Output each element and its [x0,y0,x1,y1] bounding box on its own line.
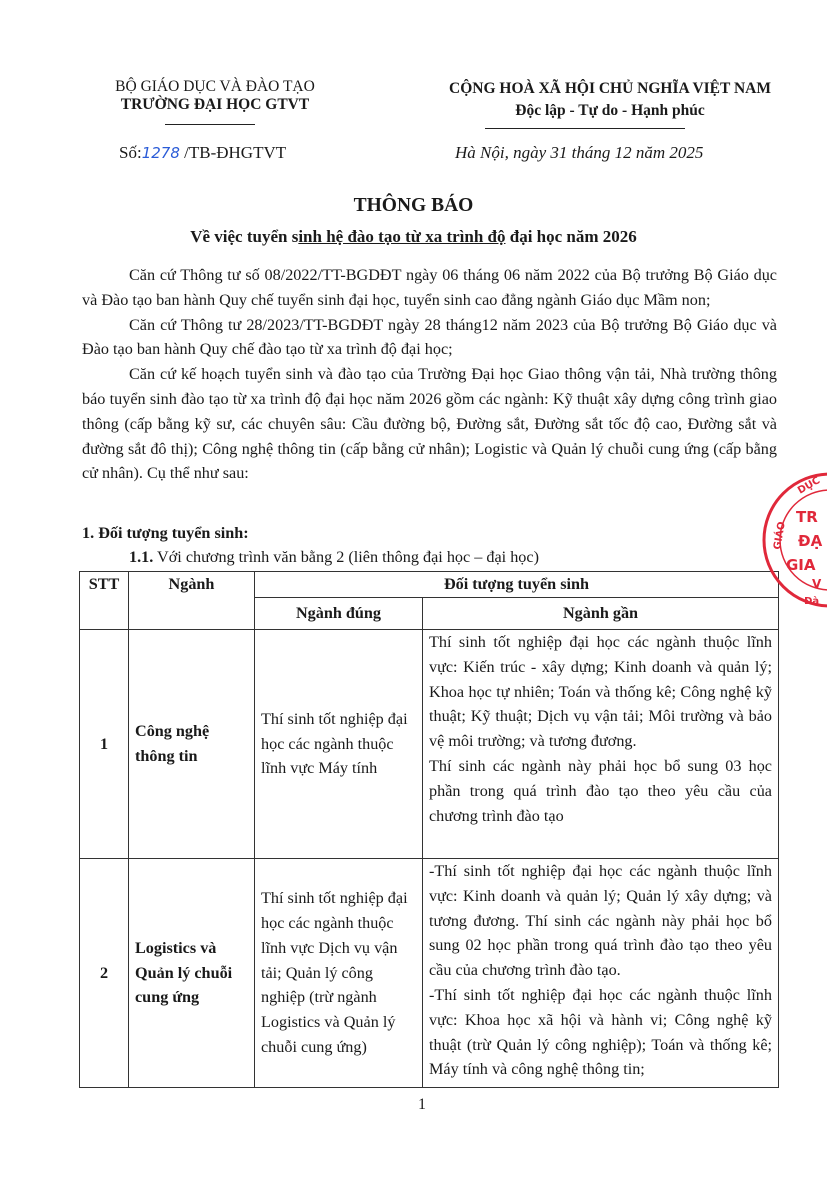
issuing-authority: BỘ GIÁO DỤC VÀ ĐÀO TẠO TRƯỜNG ĐẠI HỌC GT… [80,78,350,114]
row-nganh-dung: Thí sinh tốt nghiệp đại học các ngành th… [255,630,423,859]
paragraph-legal-basis-2: Căn cứ Thông tư 28/2023/TT-BGDĐT ngày 28… [82,313,777,363]
country-name: CỘNG HOÀ XÃ HỘI CHỦ NGHĨA VIỆT NAM [415,78,805,100]
page-number: 1 [418,1096,426,1114]
header-doi-tuong: Đối tượng tuyển sinh [255,572,779,598]
document-subtitle: Về việc tuyển sinh hệ đào tạo từ xa trìn… [0,227,827,247]
row-nganh-gan: -Thí sinh tốt nghiệp đại học các ngành t… [423,859,779,1088]
header-stt: STT [80,572,129,630]
ministry-name: BỘ GIÁO DỤC VÀ ĐÀO TẠO [80,78,350,96]
svg-text:TR: TR [796,508,818,526]
official-seal-icon: GIÁO DỤC TR ĐẠ GIA V Đà [760,470,827,610]
document-title: THÔNG BÁO [0,195,827,217]
row-nganh-dung: Thí sinh tốt nghiệp đại học các ngành th… [255,859,423,1088]
section-heading: 1. Đối tượng tuyển sinh: [82,524,249,543]
svg-text:V: V [812,577,822,591]
document-number: Số:1278 /TB-ĐHGTVT [119,143,286,163]
paragraph-legal-basis-1: Căn cứ Thông tư số 08/2022/TT-BGDĐT ngày… [82,263,777,313]
paragraph-plan: Căn cứ kế hoạch tuyển sinh và đào tạo củ… [82,362,777,486]
row-nganh-gan: Thí sinh tốt nghiệp đại học các ngành th… [423,630,779,859]
row-nganh: Logistics và Quản lý chuỗi cung ứng [129,859,255,1088]
place-date: Hà Nội, ngày 31 tháng 12 năm 2025 [455,143,703,163]
row-stt: 2 [80,859,129,1088]
svg-text:Đà: Đà [804,595,819,607]
handwritten-number: 1278 [142,144,180,162]
preamble: Căn cứ Thông tư số 08/2022/TT-BGDĐT ngày… [82,263,777,486]
header-nganh: Ngành [129,572,255,630]
header-nganh-dung: Ngành đúng [255,598,423,630]
table-row: 1 Công nghệ thông tin Thí sinh tốt nghiệ… [80,630,779,859]
svg-text:GIÁO: GIÁO [770,521,788,551]
header-nganh-gan: Ngành gần [423,598,779,630]
divider-left [165,124,255,125]
admission-table: STT Ngành Đối tượng tuyển sinh Ngành đún… [79,571,779,1088]
national-header: CỘNG HOÀ XÃ HỘI CHỦ NGHĨA VIỆT NAM Độc l… [415,78,805,122]
svg-text:ĐẠ: ĐẠ [798,532,823,550]
subsection-heading: 1.1. Với chương trình văn bằng 2 (liên t… [129,548,539,567]
svg-text:GIA: GIA [786,556,816,574]
row-stt: 1 [80,630,129,859]
national-motto: Độc lập - Tự do - Hạnh phúc [415,100,805,122]
divider-right [485,128,685,129]
university-name: TRƯỜNG ĐẠI HỌC GTVT [80,96,350,114]
row-nganh: Công nghệ thông tin [129,630,255,859]
table-row: 2 Logistics và Quản lý chuỗi cung ứng Th… [80,859,779,1088]
